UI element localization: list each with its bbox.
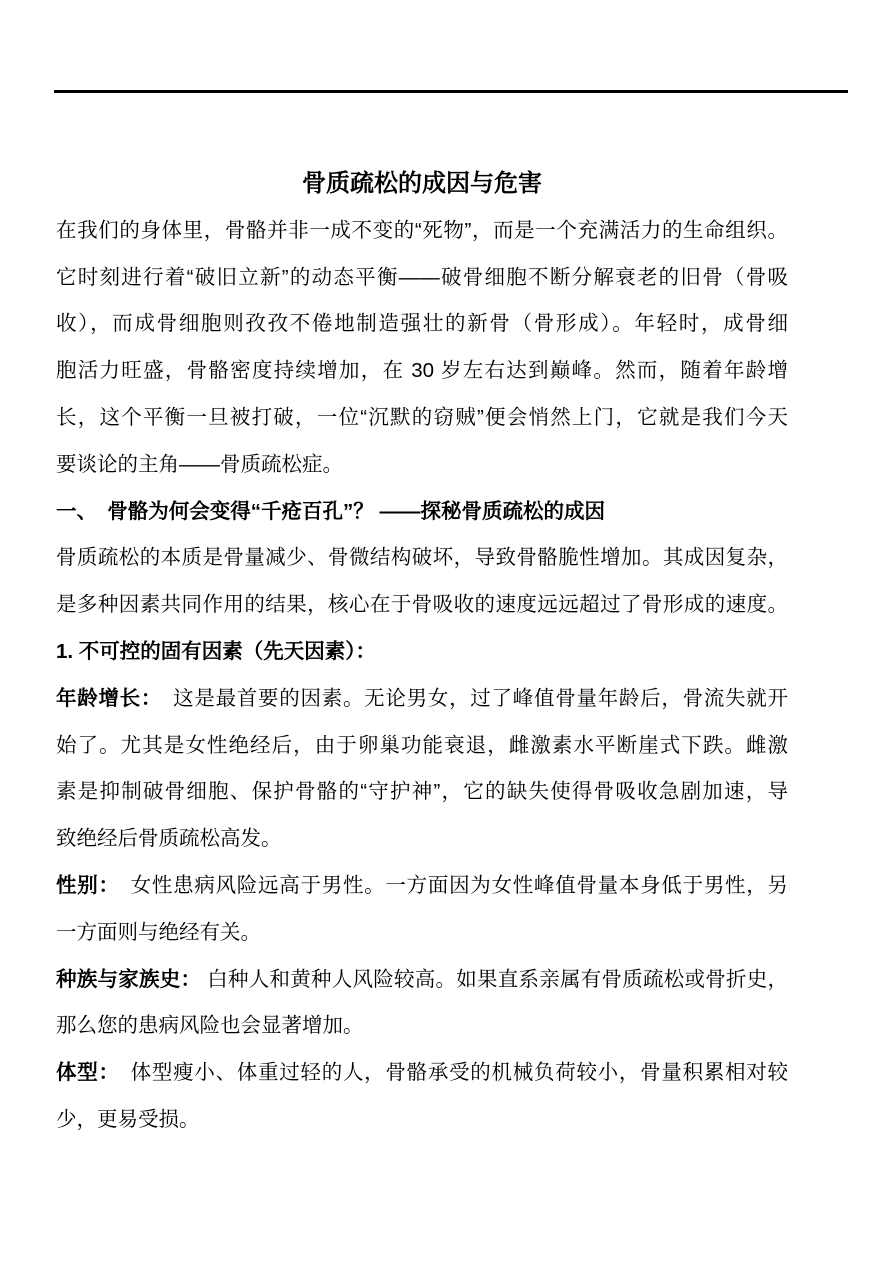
factor-gender-line: 一方面则与绝经有关。 [56,910,788,957]
factor-body-type-line: 少，更易受损。 [56,1097,788,1144]
intro-paragraph-line: 收），而成骨细胞则孜孜不倦地制造强壮的新骨（骨形成）。年轻时，成骨细 [56,301,788,348]
causes-overview-line: 骨质疏松的本质是骨量减少、骨微结构破坏，导致骨骼脆性增加。其成因复杂， [56,535,788,582]
intro-paragraph-line: 长，这个平衡一旦被打破，一位“沉默的窃贼”便会悄然上门，它就是我们今天 [56,395,788,442]
factor-gender-text: 女性患病风险远高于男性。一方面因为女性峰值骨量本身低于男性，另 [109,874,788,897]
factor-gender-line: 性别： 女性患病风险远高于男性。一方面因为女性峰值骨量本身低于男性，另 [56,863,788,910]
document-title: 骨质疏松的成因与危害 [56,161,788,208]
header-divider [54,90,848,93]
factor-age-line: 致绝经后骨质疏松高发。 [56,816,788,863]
intro-paragraph-line: 胞活力旺盛，骨骼密度持续增加，在 30 岁左右达到巅峰。然而，随着年龄增 [56,348,788,395]
factor-body-type-label: 体型： [56,1061,109,1084]
intro-paragraph-line: 它时刻进行着“破旧立新”的动态平衡——破骨细胞不断分解衰老的旧骨（骨吸 [56,255,788,302]
factor-age-text: 这是最首要的因素。无论男女，过了峰值骨量年龄后，骨流失就开 [152,687,788,710]
factor-age-line: 年龄增长： 这是最首要的因素。无论男女，过了峰值骨量年龄后，骨流失就开 [56,676,788,723]
causes-overview-line: 是多种因素共同作用的结果，核心在于骨吸收的速度远远超过了骨形成的速度。 [56,582,788,629]
factor-gender-label: 性别： [56,874,109,897]
subsection-heading-innate-factors: 1. 不可控的固有因素（先天因素）： [56,629,788,676]
factor-age-line: 素是抑制破骨细胞、保护骨骼的“守护神”，它的缺失使得骨吸收急剧加速，导 [56,769,788,816]
factor-body-type-line: 体型： 体型瘦小、体重过轻的人，骨骼承受的机械负荷较小，骨量积累相对较 [56,1050,788,1097]
factor-race-family-line: 那么您的患病风险也会显著增加。 [56,1003,788,1050]
intro-paragraph-line: 要谈论的主角——骨质疏松症。 [56,442,788,489]
factor-age-label: 年龄增长： [56,687,152,710]
section-heading-causes: 一、 骨骼为何会变得“千疮百孔”？ ——探秘骨质疏松的成因 [56,489,788,536]
factor-body-type-text: 体型瘦小、体重过轻的人，骨骼承受的机械负荷较小，骨量积累相对较 [109,1061,788,1084]
document-body: 骨质疏松的成因与危害 在我们的身体里，骨骼并非一成不变的“死物”，而是一个充满活… [56,161,788,1144]
factor-race-family-text: 白种人和黄种人风险较高。如果直系亲属有骨质疏松或骨折史， [201,968,788,991]
factor-race-family-label: 种族与家族史： [56,968,201,991]
factor-age-line: 始了。尤其是女性绝经后，由于卵巢功能衰退，雌激素水平断崖式下跌。雌激 [56,723,788,770]
intro-paragraph-line: 在我们的身体里，骨骼并非一成不变的“死物”，而是一个充满活力的生命组织。 [56,208,788,255]
factor-race-family-line: 种族与家族史： 白种人和黄种人风险较高。如果直系亲属有骨质疏松或骨折史， [56,957,788,1004]
